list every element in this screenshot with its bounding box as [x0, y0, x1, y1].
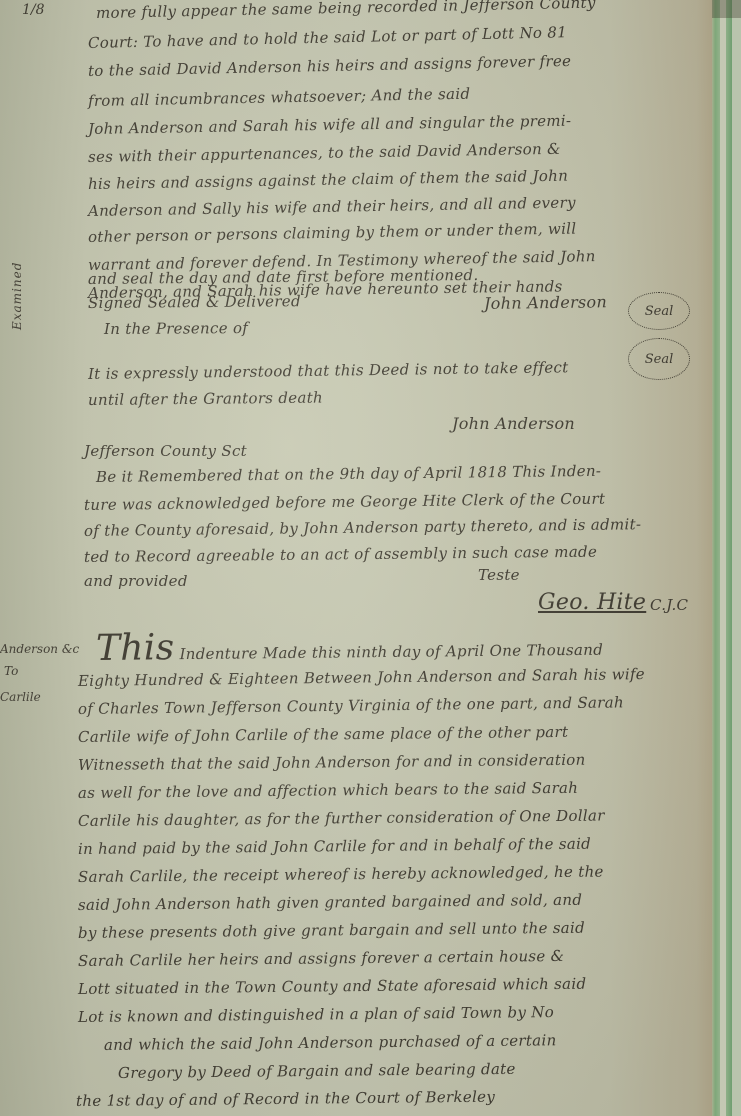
- margin-entry-label: Carlile: [0, 690, 41, 704]
- deed-line: to the said David Anderson his heirs and…: [88, 52, 572, 80]
- margin-entry-label: To: [4, 664, 18, 678]
- indenture-line: Lott situated in the Town County and Sta…: [78, 975, 587, 998]
- indenture-line: Gregory by Deed of Bargain and sale bear…: [118, 1060, 516, 1082]
- deed-line: John Anderson and Sarah his wife all and…: [88, 112, 572, 138]
- ledger-page: 1/8 more fully appear the same being rec…: [0, 0, 718, 1116]
- ack-line: Be it Remembered that on the 9th day of …: [96, 462, 601, 486]
- indenture-first-line-text: Indenture Made this ninth day of April O…: [179, 641, 603, 663]
- indenture-line: as well for the love and affection which…: [78, 779, 578, 802]
- indenture-line: and which the said John Anderson purchas…: [104, 1031, 557, 1054]
- deed-line: Anderson and Sally his wife and their he…: [88, 193, 576, 220]
- page-number: 1/8: [22, 2, 45, 18]
- indenture-line: Eighty Hundred & Eighteen Between John A…: [78, 665, 645, 690]
- indenture-first-line: This Indenture Made this ninth day of Ap…: [96, 623, 603, 669]
- indenture-line: Witnesseth that the said John Anderson f…: [78, 751, 586, 774]
- ack-heading: Jefferson County Sct: [84, 442, 247, 460]
- margin-entry-label: Anderson &c: [0, 642, 79, 656]
- book-edge-green-stripe: [712, 0, 720, 1116]
- book-edge-shadow: [712, 0, 741, 18]
- margin-note-examined: Examined: [10, 262, 24, 330]
- deed-line: his heirs and assigns against the claim …: [88, 167, 568, 193]
- ack-line: ted to Record agreeable to an act of ass…: [84, 543, 597, 566]
- ack-line: ture was acknowledged before me George H…: [84, 490, 605, 514]
- indenture-line: by these presents doth give grant bargai…: [78, 919, 585, 942]
- deed-line: other person or persons claiming by them…: [88, 219, 577, 246]
- book-edge-paper: [732, 0, 741, 1116]
- ack-line: of the County aforesaid, by John Anderso…: [84, 515, 641, 540]
- deed-line: from all incumbrances whatsoever; And th…: [88, 85, 471, 110]
- indenture-line: said John Anderson hath given granted ba…: [78, 891, 582, 914]
- deed-line: Court: To have and to hold the said Lot …: [88, 23, 567, 52]
- teste-label: Teste: [478, 566, 520, 584]
- indenture-initial: This: [96, 627, 175, 669]
- deed-line: more fully appear the same being recorde…: [96, 0, 596, 22]
- seal-stamp-2: Seal: [628, 338, 690, 380]
- indenture-line: Lot is known and distinguished in a plan…: [78, 1003, 554, 1026]
- indenture-line: of Charles Town Jefferson County Virgini…: [78, 693, 624, 718]
- deed-line: ses with their appurtenances, to the sai…: [88, 140, 561, 166]
- indenture-line: Sarah Carlile her heirs and assigns fore…: [78, 947, 564, 970]
- indenture-line: in hand paid by the said John Carlile fo…: [78, 835, 591, 858]
- signed-sealed-delivered: Signed Sealed & Delivered: [88, 292, 301, 312]
- clerk-signature: Geo. Hite: [538, 590, 646, 615]
- condition-line: until after the Grantors death: [88, 389, 323, 409]
- grantor-signature: John Anderson: [484, 292, 607, 313]
- clerk-title: C.J.C: [650, 596, 688, 614]
- indenture-line: Sarah Carlile, the receipt whereof is he…: [78, 862, 604, 886]
- indenture-line: the 1st day of and of Record in the Cour…: [76, 1088, 495, 1110]
- indenture-line: Carlile wife of John Carlile of the same…: [78, 723, 568, 746]
- condition-line: It is expressly understood that this Dee…: [88, 358, 569, 383]
- ack-line: and provided: [84, 572, 188, 590]
- indenture-line: Carlile his daughter, as for the further…: [78, 806, 605, 830]
- seal-stamp-1: Seal: [628, 292, 690, 330]
- grantor-signature-2: John Anderson: [452, 414, 575, 433]
- in-presence-of: In the Presence of: [104, 319, 248, 338]
